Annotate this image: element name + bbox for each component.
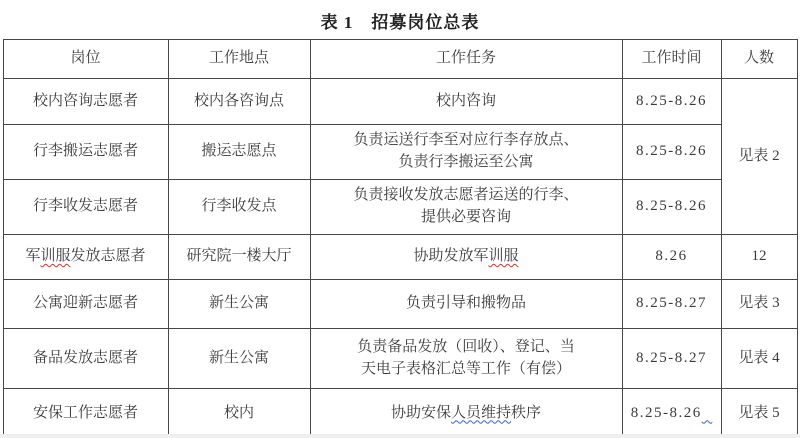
cell-position: 军训服发放志愿者 bbox=[3, 235, 168, 280]
cell-time: 8.25-8.27 bbox=[622, 329, 721, 389]
time-text: 8.25-8.26 bbox=[631, 405, 702, 421]
spellcheck-underline: 训服 bbox=[40, 248, 70, 264]
cell-position: 行李搬运志愿者 bbox=[3, 125, 168, 180]
task-text: 协助安保 bbox=[391, 405, 451, 421]
cell-time: 8.26 bbox=[622, 235, 721, 280]
table-row: 校内咨询志愿者 校内各咨询点 校内咨询 8.25-8.26 见表 2 bbox=[3, 79, 797, 125]
header-task: 工作任务 bbox=[310, 40, 622, 79]
task-text: 协助发放军 bbox=[413, 248, 488, 264]
cell-location: 研究院一楼大厅 bbox=[168, 235, 310, 280]
table-row: 安保工作志愿者 校内 协助安保人员维持秩序 8.25-8.26 见表 5 bbox=[3, 389, 797, 438]
cell-count: 见表 3 bbox=[721, 280, 797, 329]
cell-location: 校内各咨询点 bbox=[168, 79, 310, 125]
cell-time: 8.25-8.26 bbox=[622, 180, 721, 235]
cell-task: 协助安保人员维持秩序 bbox=[310, 389, 622, 438]
cell-task: 负责引导和搬物品 bbox=[310, 280, 622, 329]
cell-location: 搬运志愿点 bbox=[168, 125, 310, 180]
grammar-squiggle-icon bbox=[702, 405, 713, 421]
page-bottom-edge bbox=[0, 434, 800, 438]
spellcheck-underline: 训服 bbox=[489, 248, 519, 264]
table-row: 备品发放志愿者 新生公寓 负责备品发放（回收）、登记、当 天电子表格汇总等工作（… bbox=[3, 329, 797, 389]
table-row: 军训服发放志愿者 研究院一楼大厅 协助发放军训服 8.26 12 bbox=[3, 235, 797, 280]
cell-task: 负责备品发放（回收）、登记、当 天电子表格汇总等工作（有偿） bbox=[310, 329, 622, 389]
header-location: 工作地点 bbox=[168, 40, 310, 79]
table-row: 公寓迎新志愿者 新生公寓 负责引导和搬物品 8.25-8.27 见表 3 bbox=[3, 280, 797, 329]
cell-location: 新生公寓 bbox=[168, 280, 310, 329]
cell-count: 见表 5 bbox=[721, 389, 797, 438]
cell-position: 安保工作志愿者 bbox=[3, 389, 168, 438]
cell-task: 负责接收发放志愿者运送的行李、 提供必要咨询 bbox=[310, 180, 622, 235]
cell-time: 8.25-8.27 bbox=[622, 280, 721, 329]
cell-count: 见表 4 bbox=[721, 329, 797, 389]
table-title: 表 1 招募岗位总表 bbox=[0, 0, 800, 39]
table-row: 行李搬运志愿者 搬运志愿点 负责运送行李至对应行李存放点、 负责行李搬运至公寓 … bbox=[3, 125, 797, 180]
task-text: 秩序 bbox=[511, 405, 541, 421]
document-page: 表 1 招募岗位总表 岗位 工作地点 工作任务 工作时间 人数 校内咨询志愿者 … bbox=[0, 0, 800, 438]
header-time: 工作时间 bbox=[622, 40, 721, 79]
header-position: 岗位 bbox=[3, 40, 168, 79]
cell-time: 8.25-8.26 bbox=[622, 389, 721, 438]
cell-position: 公寓迎新志愿者 bbox=[3, 280, 168, 329]
cell-position: 校内咨询志愿者 bbox=[3, 79, 168, 125]
cell-time: 8.25-8.26 bbox=[622, 125, 721, 180]
position-text: 军 bbox=[25, 248, 40, 264]
header-row: 岗位 工作地点 工作任务 工作时间 人数 bbox=[3, 40, 797, 79]
cell-location: 行李收发点 bbox=[168, 180, 310, 235]
cell-task: 协助发放军训服 bbox=[310, 235, 622, 280]
header-count: 人数 bbox=[721, 40, 797, 79]
cell-time: 8.25-8.26 bbox=[622, 79, 721, 125]
position-text: 发放志愿者 bbox=[71, 248, 146, 264]
table-row: 行李收发志愿者 行李收发点 负责接收发放志愿者运送的行李、 提供必要咨询 8.2… bbox=[3, 180, 797, 235]
cell-position: 备品发放志愿者 bbox=[3, 329, 168, 389]
cell-count-merged: 见表 2 bbox=[721, 79, 797, 235]
cell-task: 校内咨询 bbox=[310, 79, 622, 125]
cell-count: 12 bbox=[721, 235, 797, 280]
recruitment-table: 岗位 工作地点 工作任务 工作时间 人数 校内咨询志愿者 校内各咨询点 校内咨询… bbox=[3, 39, 798, 438]
cell-position: 行李收发志愿者 bbox=[3, 180, 168, 235]
grammar-underline: 人员维持 bbox=[451, 405, 511, 421]
cell-task: 负责运送行李至对应行李存放点、 负责行李搬运至公寓 bbox=[310, 125, 622, 180]
cell-location: 校内 bbox=[168, 389, 310, 438]
cell-location: 新生公寓 bbox=[168, 329, 310, 389]
